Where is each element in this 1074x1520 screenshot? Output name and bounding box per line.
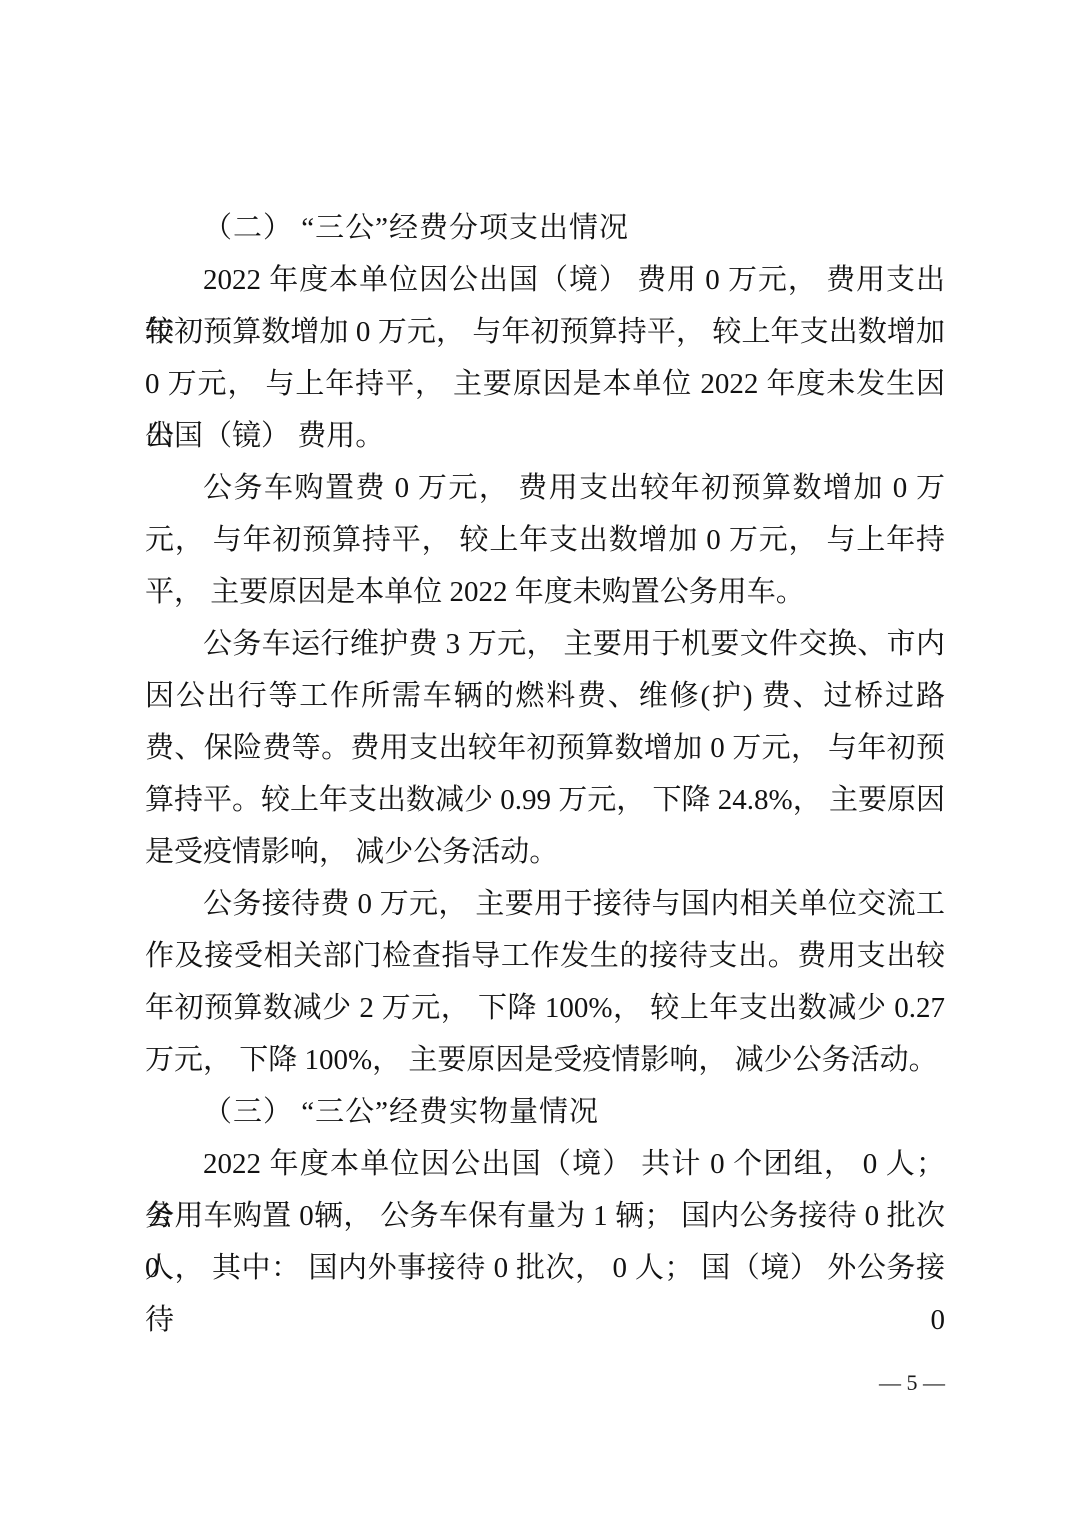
paragraph-vehicle-operation-expense: 公务车运行维护费 3 万元， 主要用于机要文件交换、市内 因公出行等工作所需车辆… <box>145 618 945 878</box>
body-line: 2022 年度本单位因公出国（境） 费用 0 万元， 费用支出较 <box>145 254 945 306</box>
body-line: 因公出行等工作所需车辆的燃料费、维修(护) 费、过桥过路 <box>145 670 945 722</box>
body-line: 元， 与年初预算持平， 较上年支出数增加 0 万元， 与上年持 <box>145 514 945 566</box>
body-line: 0 万元， 与上年持平， 主要原因是本单位 2022 年度未发生因公 <box>145 358 945 410</box>
body-line: 算持平。较上年支出数减少 0.99 万元， 下降 24.8%， 主要原因 <box>145 774 945 826</box>
body-line: 万元， 下降 100%， 主要原因是受疫情影响， 减少公务活动。 <box>145 1034 945 1086</box>
page-number: — 5 — <box>815 1368 945 1398</box>
body-line: 年初预算数增加 0 万元， 与年初预算持平， 较上年支出数增加 <box>145 306 945 358</box>
section-heading-3: （三） “三公”经费实物量情况 <box>145 1086 945 1138</box>
paragraph-overseas-travel-expense: 2022 年度本单位因公出国（境） 费用 0 万元， 费用支出较 年初预算数增加… <box>145 254 945 462</box>
body-line: 公务车运行维护费 3 万元， 主要用于机要文件交换、市内 <box>145 618 945 670</box>
body-line: 是受疫情影响， 减少公务活动。 <box>145 826 945 878</box>
body-line: 出国（镜） 费用。 <box>145 410 945 462</box>
body-line: 年初预算数减少 2 万元， 下降 100%， 较上年支出数减少 0.27 <box>145 982 945 1034</box>
body-line: 公务车购置费 0 万元， 费用支出较年初预算数增加 0 万 <box>145 462 945 514</box>
paragraph-official-reception-expense: 公务接待费 0 万元， 主要用于接待与国内相关单位交流工 作及接受相关部门检查指… <box>145 878 945 1086</box>
body-line: 费、保险费等。费用支出较年初预算数增加 0 万元， 与年初预 <box>145 722 945 774</box>
body-line: 公务接待费 0 万元， 主要用于接待与国内相关单位交流工 <box>145 878 945 930</box>
paragraph-vehicle-purchase-expense: 公务车购置费 0 万元， 费用支出较年初预算数增加 0 万 元， 与年初预算持平… <box>145 462 945 618</box>
body-line: 人， 其中： 国内外事接待 0 批次， 0 人； 国（境） 外公务接待 0 <box>145 1242 945 1294</box>
body-line: 2022 年度本单位因公出国（境） 共计 0 个团组， 0 人； 公 <box>145 1138 945 1190</box>
document-page: （二） “三公”经费分项支出情况 2022 年度本单位因公出国（境） 费用 0 … <box>0 0 1074 1520</box>
body-line: 平， 主要原因是本单位 2022 年度未购置公务用车。 <box>145 566 945 618</box>
document-body: （二） “三公”经费分项支出情况 2022 年度本单位因公出国（境） 费用 0 … <box>145 202 945 1294</box>
body-line: 务用车购置 0辆， 公务车保有量为 1 辆； 国内公务接待 0 批次 0 <box>145 1190 945 1242</box>
body-line: 作及接受相关部门检查指导工作发生的接待支出。费用支出较 <box>145 930 945 982</box>
paragraph-physical-quantity: 2022 年度本单位因公出国（境） 共计 0 个团组， 0 人； 公 务用车购置… <box>145 1138 945 1294</box>
section-heading-2: （二） “三公”经费分项支出情况 <box>145 202 945 254</box>
